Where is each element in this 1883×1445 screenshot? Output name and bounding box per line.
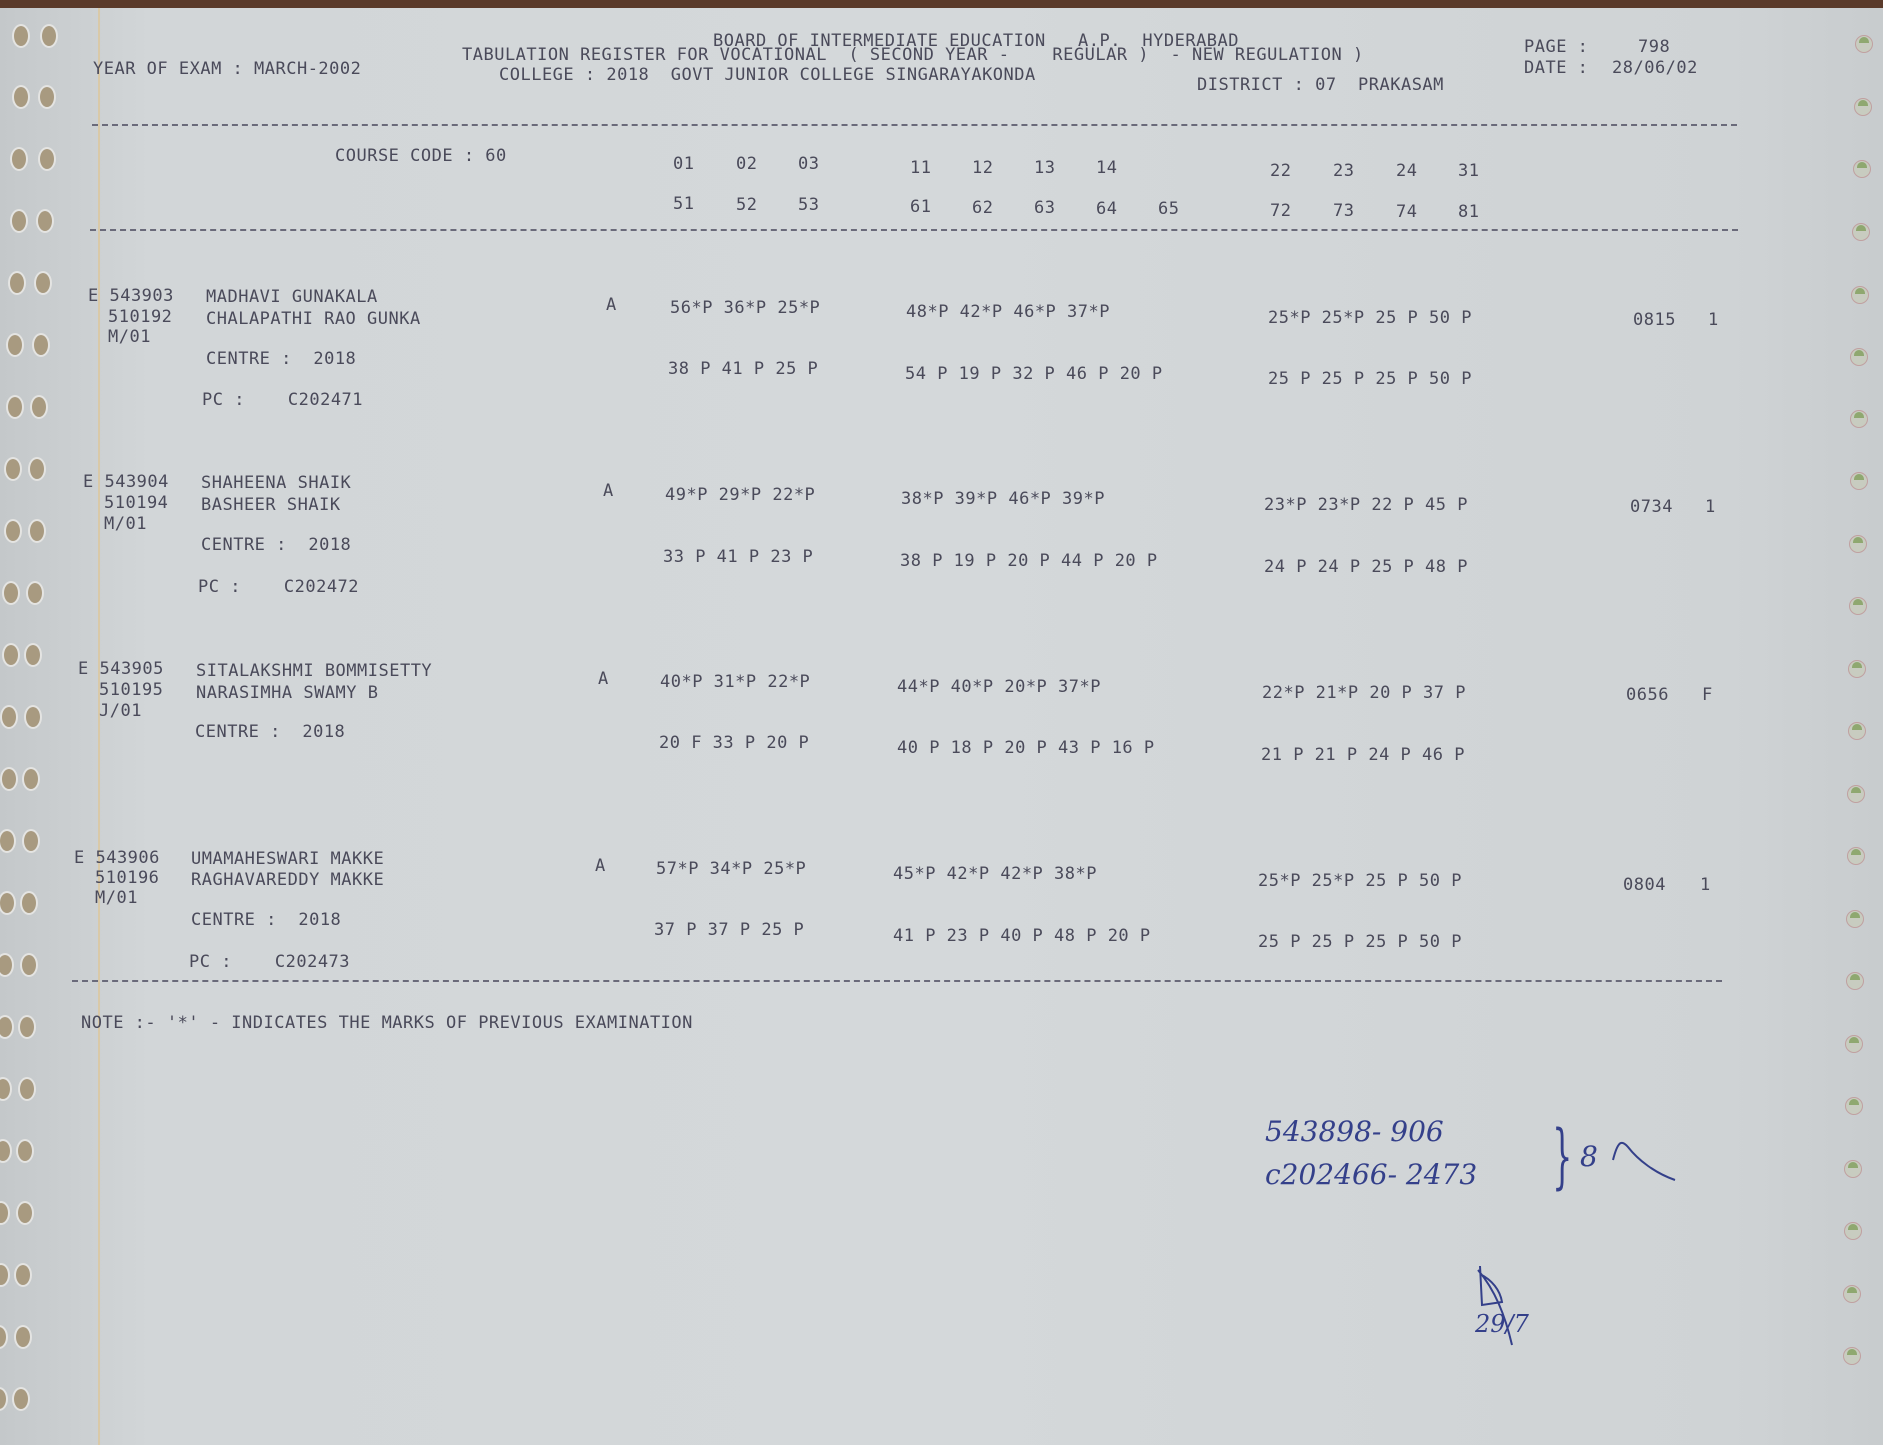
- total-marks: 0815: [1633, 310, 1676, 330]
- first-year-marks-part1: 56*P 36*P 25*P: [670, 298, 820, 318]
- hall-ticket-number: E 543905: [78, 659, 164, 679]
- second-year-marks-part3: 21 P 21 P 24 P 46 P: [1261, 745, 1465, 765]
- col-62: 62: [972, 198, 993, 218]
- second-year-marks-part3: 25 P 25 P 25 P 50 P: [1268, 369, 1472, 389]
- father-name: NARASIMHA SWAMY B: [196, 683, 379, 703]
- pc-number: PC : C202472: [198, 577, 359, 597]
- second-year-marks-part2: 41 P 23 P 40 P 48 P 20 P: [893, 926, 1151, 946]
- centre: CENTRE : 2018: [201, 535, 351, 555]
- registration-number: 510196: [95, 868, 159, 888]
- group-code: M/01: [95, 888, 138, 908]
- medium: A: [603, 481, 614, 501]
- district-info: DISTRICT : 07 PRAKASAM: [1197, 75, 1444, 95]
- column-header-divider: [90, 229, 1738, 231]
- pc-number: PC : C202473: [189, 952, 350, 972]
- centre: CENTRE : 2018: [195, 722, 345, 742]
- first-year-marks-part1: 49*P 29*P 22*P: [665, 485, 815, 505]
- col-01: 01: [673, 154, 694, 174]
- handwritten-count: 8: [1580, 1140, 1598, 1173]
- col-72: 72: [1270, 201, 1291, 221]
- centre: CENTRE : 2018: [191, 910, 341, 930]
- hall-ticket-number: E 543903: [88, 286, 174, 306]
- first-year-marks-part1: 57*P 34*P 25*P: [656, 859, 806, 879]
- result: 1: [1705, 497, 1716, 517]
- signature-mark-icon: [1610, 1135, 1680, 1185]
- father-name: CHALAPATHI RAO GUNKA: [206, 309, 421, 329]
- handwritten-date: 29/7: [1475, 1310, 1529, 1338]
- medium: A: [606, 295, 617, 315]
- medium: A: [598, 669, 609, 689]
- second-year-marks-part2: 38 P 19 P 20 P 44 P 20 P: [900, 551, 1158, 571]
- second-year-marks-part2: 40 P 18 P 20 P 43 P 16 P: [897, 738, 1155, 758]
- first-year-marks-part2: 38*P 39*P 46*P 39*P: [901, 489, 1105, 509]
- group-code: J/01: [99, 701, 142, 721]
- father-name: RAGHAVAREDDY MAKKE: [191, 870, 384, 890]
- footer-divider: [72, 980, 1722, 982]
- brace-icon: }: [1552, 1115, 1572, 1197]
- first-year-marks-part3: 23*P 23*P 22 P 45 P: [1264, 495, 1468, 515]
- col-11: 11: [910, 158, 931, 178]
- col-81: 81: [1458, 202, 1479, 222]
- pc-number: PC : C202471: [202, 390, 363, 410]
- page-label: PAGE :: [1524, 37, 1588, 57]
- col-12: 12: [972, 158, 993, 178]
- centre: CENTRE : 2018: [206, 349, 356, 369]
- col-53: 53: [798, 195, 819, 215]
- col-73: 73: [1333, 201, 1354, 221]
- registration-number: 510195: [99, 680, 163, 700]
- second-year-marks-part2: 54 P 19 P 32 P 46 P 20 P: [905, 364, 1163, 384]
- col-31: 31: [1458, 161, 1479, 181]
- first-year-marks-part2: 45*P 42*P 42*P 38*P: [893, 864, 1097, 884]
- registration-number: 510194: [104, 493, 168, 513]
- student-name: SHAHEENA SHAIK: [201, 473, 351, 493]
- group-code: M/01: [104, 514, 147, 534]
- col-74: 74: [1396, 202, 1417, 222]
- col-61: 61: [910, 197, 931, 217]
- header-divider: [92, 124, 1737, 126]
- college-info: COLLEGE : 2018 GOVT JUNIOR COLLEGE SINGA…: [499, 65, 1036, 85]
- total-marks: 0656: [1626, 685, 1669, 705]
- col-52: 52: [736, 195, 757, 215]
- result: 1: [1708, 310, 1719, 330]
- col-65: 65: [1158, 199, 1179, 219]
- col-02: 02: [736, 154, 757, 174]
- hall-ticket-number: E 543904: [83, 472, 169, 492]
- result: 1: [1700, 875, 1711, 895]
- col-14: 14: [1096, 158, 1117, 178]
- second-year-marks-part3: 25 P 25 P 25 P 50 P: [1258, 932, 1462, 952]
- register-title: TABULATION REGISTER FOR VOCATIONAL ( SEC…: [462, 45, 1364, 65]
- registration-number: 510192: [108, 307, 172, 327]
- col-24: 24: [1396, 161, 1417, 181]
- handwritten-range-2: c202466- 2473: [1265, 1158, 1477, 1191]
- col-03: 03: [798, 154, 819, 174]
- first-year-marks-part3: 25*P 25*P 25 P 50 P: [1258, 871, 1462, 891]
- second-year-marks-part1: 37 P 37 P 25 P: [654, 920, 804, 940]
- second-year-marks-part1: 38 P 41 P 25 P: [668, 359, 818, 379]
- col-51: 51: [673, 194, 694, 214]
- handwritten-range-1: 543898- 906: [1265, 1115, 1444, 1148]
- student-name: SITALAKSHMI BOMMISETTY: [196, 661, 432, 681]
- second-year-marks-part3: 24 P 24 P 25 P 48 P: [1264, 557, 1468, 577]
- first-year-marks-part3: 22*P 21*P 20 P 37 P: [1262, 683, 1466, 703]
- page-number: 798: [1638, 37, 1670, 57]
- first-year-marks-part3: 25*P 25*P 25 P 50 P: [1268, 308, 1472, 328]
- col-22: 22: [1270, 161, 1291, 181]
- col-64: 64: [1096, 199, 1117, 219]
- course-code: COURSE CODE : 60: [335, 146, 507, 166]
- first-year-marks-part1: 40*P 31*P 22*P: [660, 672, 810, 692]
- date-label: DATE :: [1524, 58, 1588, 78]
- second-year-marks-part1: 20 F 33 P 20 P: [659, 733, 809, 753]
- total-marks: 0804: [1623, 875, 1666, 895]
- group-code: M/01: [108, 327, 151, 347]
- second-year-marks-part1: 33 P 41 P 23 P: [663, 547, 813, 567]
- total-marks: 0734: [1630, 497, 1673, 517]
- result: F: [1702, 685, 1713, 705]
- col-13: 13: [1034, 158, 1055, 178]
- year-of-exam: YEAR OF EXAM : MARCH-2002: [93, 59, 361, 79]
- student-name: UMAMAHESWARI MAKKE: [191, 849, 384, 869]
- footnote: NOTE :- '*' - INDICATES THE MARKS OF PRE…: [81, 1013, 693, 1033]
- student-name: MADHAVI GUNAKALA: [206, 287, 378, 307]
- father-name: BASHEER SHAIK: [201, 495, 341, 515]
- col-23: 23: [1333, 161, 1354, 181]
- perforation-line: [98, 8, 100, 1445]
- medium: A: [595, 856, 606, 876]
- first-year-marks-part2: 48*P 42*P 46*P 37*P: [906, 302, 1110, 322]
- col-63: 63: [1034, 198, 1055, 218]
- hall-ticket-number: E 543906: [74, 848, 160, 868]
- first-year-marks-part2: 44*P 40*P 20*P 37*P: [897, 677, 1101, 697]
- print-date: 28/06/02: [1612, 58, 1698, 78]
